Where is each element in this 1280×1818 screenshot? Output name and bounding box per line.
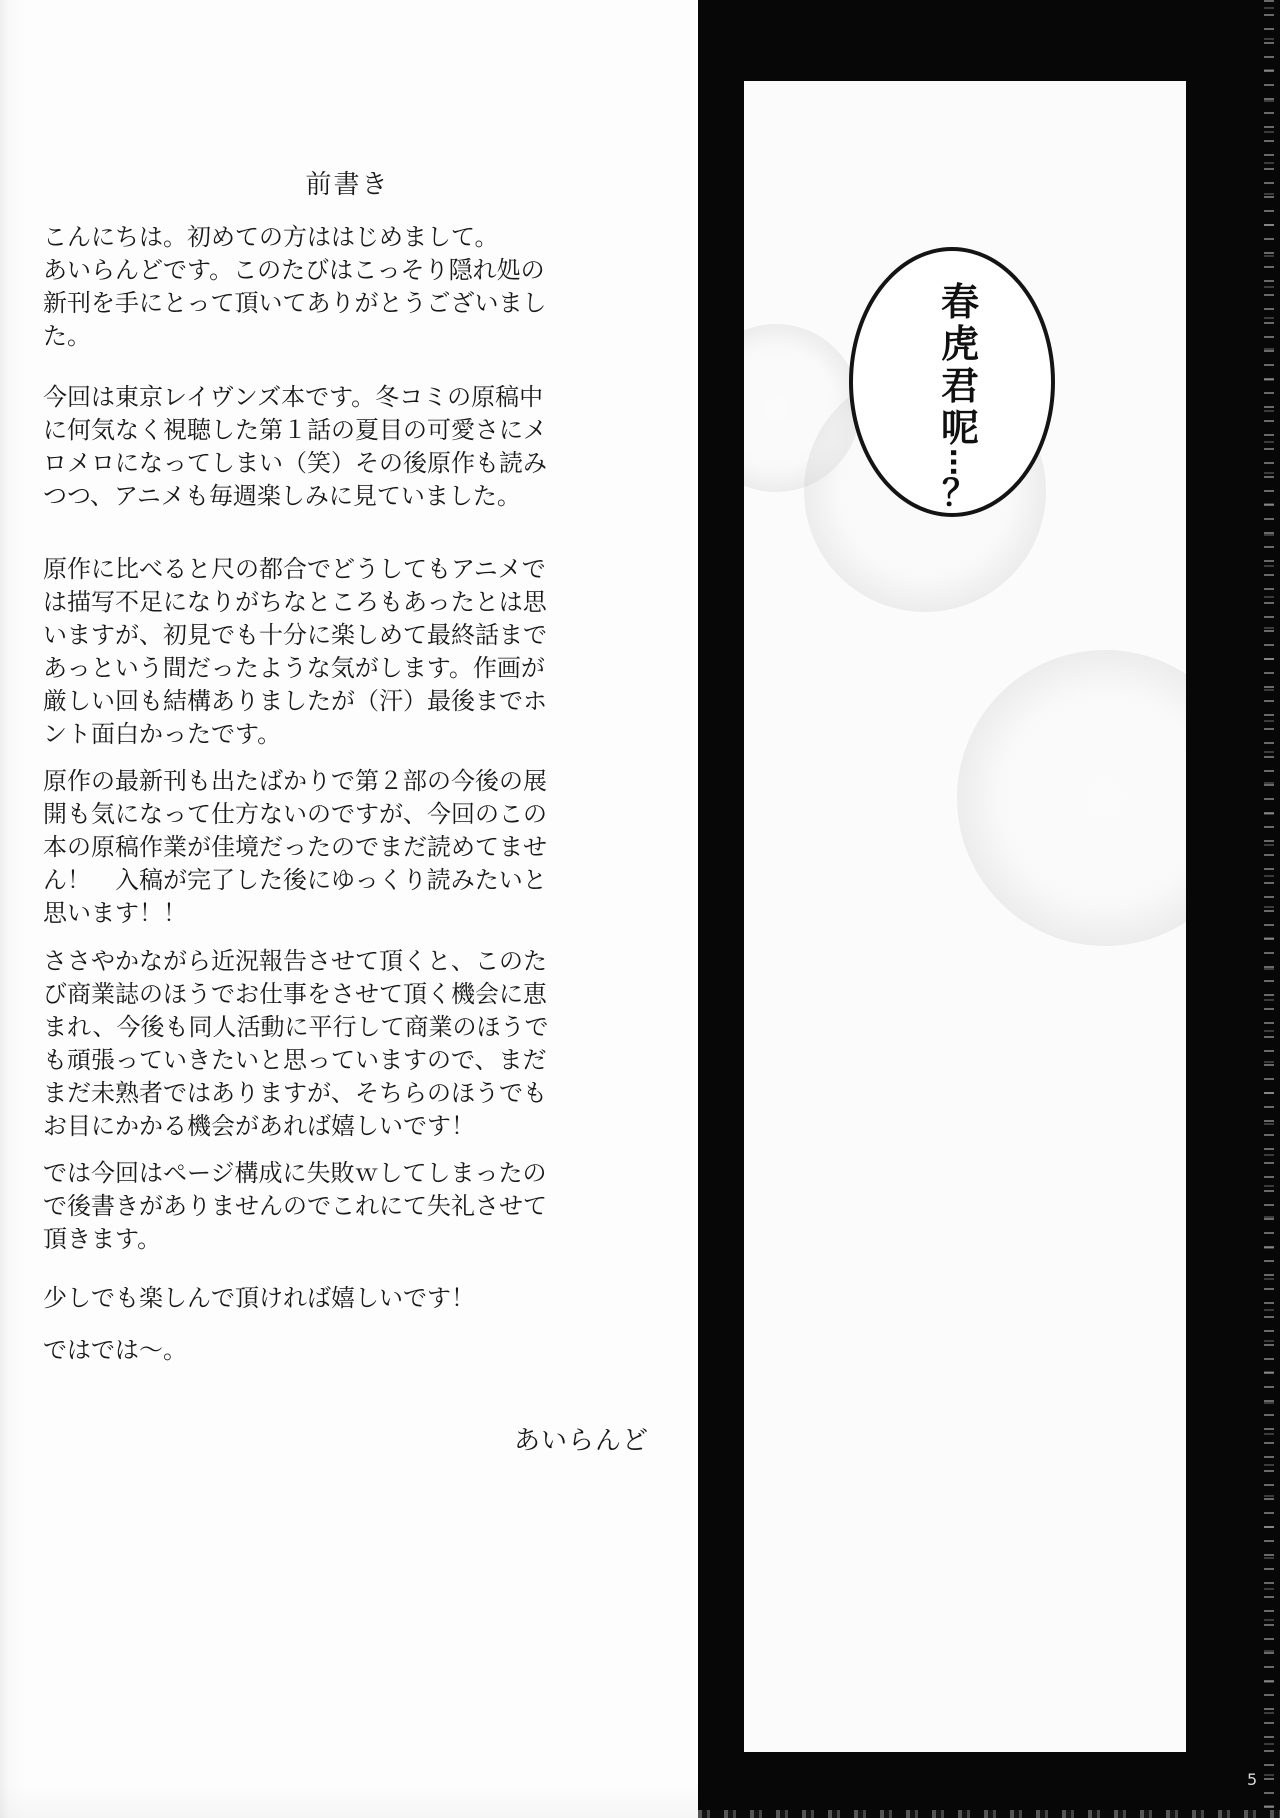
bubble-question-mark: ？ [942, 475, 978, 513]
foreword-paragraph-2: 今回は東京レイヴンズ本です。冬コミの原稿中 に何気なく視聴した第１話の夏目の可愛… [43, 382, 699, 514]
author-signature: あいらんど [514, 1424, 649, 1457]
foreword-paragraph-6: では今回はページ構成に失敗ｗしてしまったの で後書きがありませんのでこれにて失礼… [43, 1158, 699, 1257]
comic-panel-inset: 春 虎 君 呢 … ？ [744, 81, 1186, 1752]
foreword-paragraph-5: ささやかながら近況報告させて頂くと、このた び商業誌のほうでお仕事をさせて頂く機… [43, 946, 699, 1144]
bubble-char: 虎 [941, 323, 979, 365]
page-number: 5 [1247, 1772, 1257, 1788]
foreword-title: 前書き [43, 168, 652, 202]
foreword-paragraph-8: ではでは～。 [43, 1335, 699, 1368]
bubble-ellipsis: … [947, 447, 973, 477]
scan-edge-noise-right [1264, 0, 1274, 1818]
scanned-page: 前書き こんにちは。初めての方ははじめまして。 あいらんどです。このたびはこっそ… [0, 0, 1280, 1818]
bubble-char: 君 [941, 365, 979, 407]
scan-edge-noise-bottom [698, 1810, 1280, 1818]
speech-bubble: 春 虎 君 呢 … ？ [849, 247, 1055, 517]
foreword-paragraph-4: 原作の最新刊も出たばかりで第２部の今後の展 開も気になって仕方ないのですが、今回… [43, 766, 699, 931]
foreword-paragraph-1: こんにちは。初めての方ははじめまして。 あいらんどです。このたびはこっそり隠れ処… [43, 222, 699, 354]
bubble-char: 春 [941, 281, 979, 323]
bubble-char: 呢 [941, 407, 979, 449]
foreword-page: 前書き こんにちは。初めての方ははじめまして。 あいらんどです。このたびはこっそ… [0, 0, 698, 1818]
foreword-paragraph-7: 少しでも楽しんで頂ければ嬉しいです！ [43, 1283, 699, 1316]
comic-panel-area: 春 虎 君 呢 … ？ 5 [698, 0, 1280, 1818]
screentone-bubble-3 [957, 650, 1186, 946]
foreword-paragraph-3: 原作に比べると尺の都合でどうしてもアニメで は描写不足になりがちなところもあった… [43, 554, 699, 752]
speech-bubble-text: 春 虎 君 呢 … ？ [941, 281, 979, 513]
